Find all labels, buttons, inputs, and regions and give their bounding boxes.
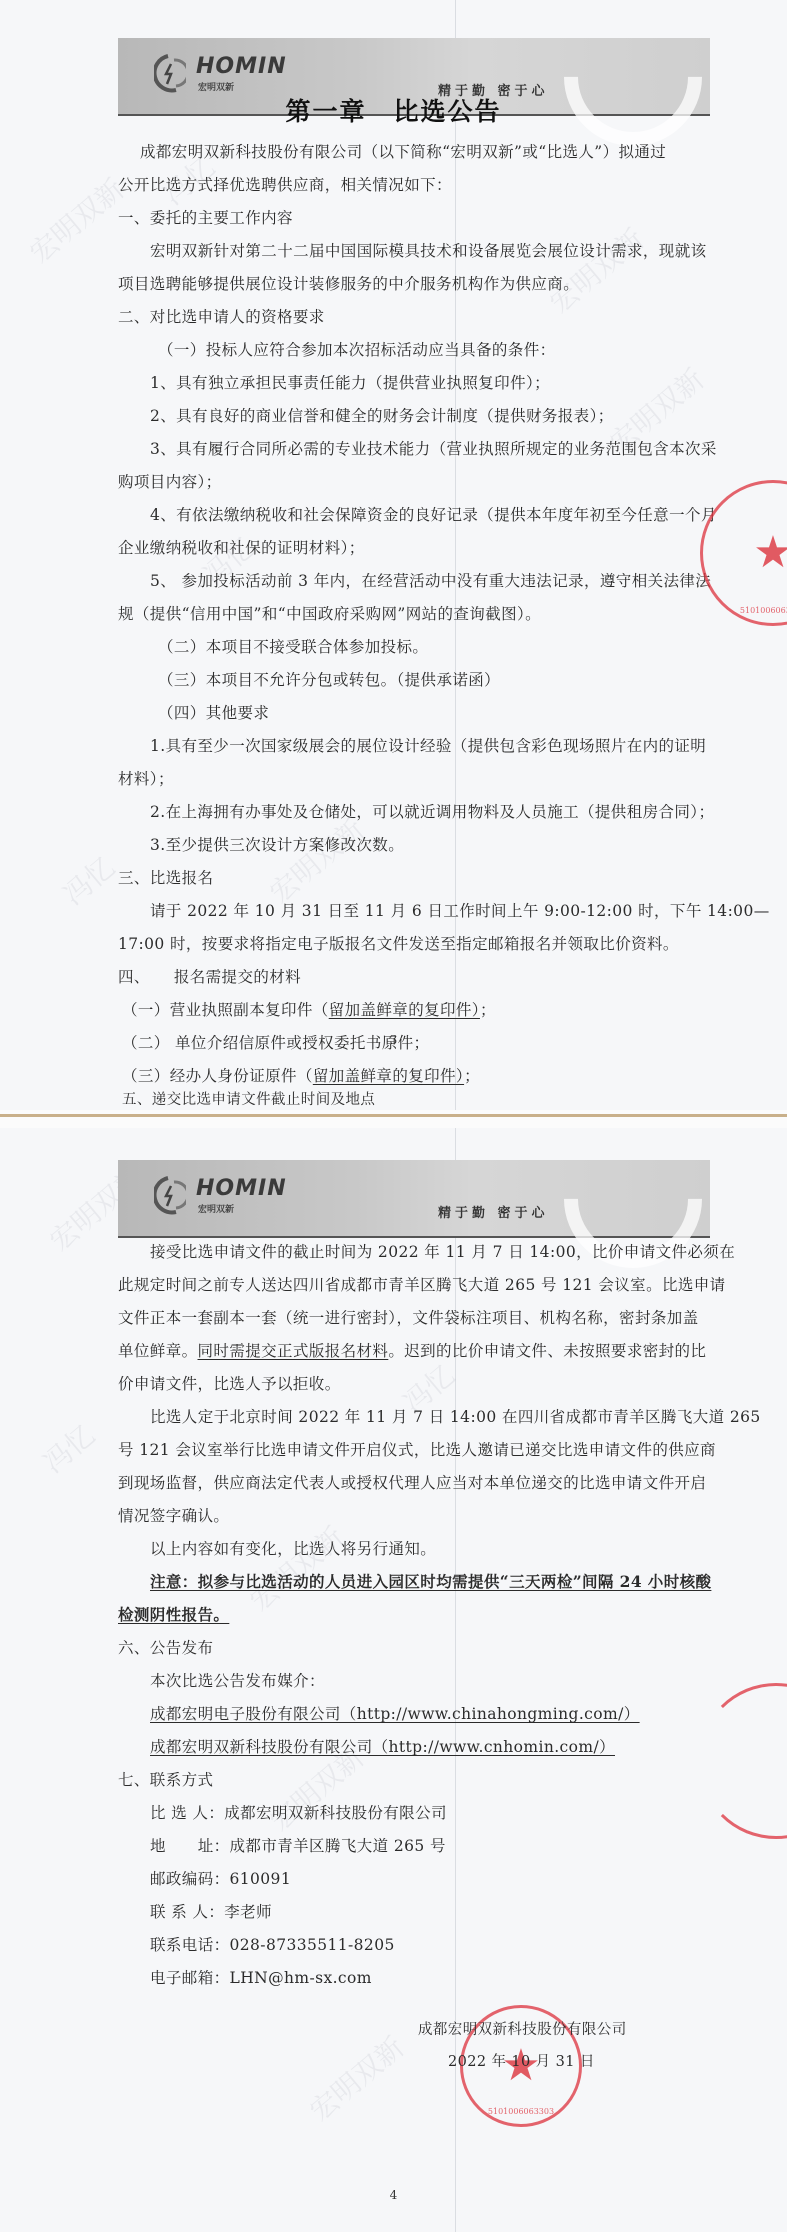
seal-number: 5101006063303	[463, 2107, 579, 2116]
list-item: 3、具有履行合同所必需的专业技术能力（营业执照所规定的业务范围包含本次采	[150, 437, 717, 459]
watermark: 宏明双新	[300, 2027, 412, 2130]
section-heading: 四、 报名需提交的材料	[118, 965, 301, 987]
paragraph-line: 单位鲜章。同时需提交正式版报名材料。迟到的比价申请文件、未按照要求密封的比	[118, 1339, 706, 1361]
section-heading: 一、委托的主要工作内容	[118, 206, 293, 228]
signature-company: 成都宏明双新科技股份有限公司	[418, 2018, 627, 2039]
contact-value: 610091	[230, 1870, 292, 1888]
page-number: 3	[0, 1033, 787, 1047]
contact-value: 李老师	[224, 1903, 272, 1921]
contact-label: 比 选 人：	[150, 1804, 224, 1822]
text: 单位鲜章。	[118, 1342, 198, 1360]
list-item: 2.在上海拥有办事处及仓储处，可以就近调用物料及人员施工（提供租房合同）；	[150, 800, 714, 822]
company-seal: ★ 5101006063303	[700, 480, 787, 626]
star-icon: ★	[753, 531, 787, 575]
contact-value: 成都市青羊区腾飞大道 265 号	[230, 1837, 446, 1855]
notice-line: 注意：拟参与比选活动的人员进入园区时均需提供“三天两检”间隔 24 小时核酸	[150, 1570, 711, 1592]
paragraph-line: 宏明双新针对第二十二届中国国际模具技术和设备展览会展位设计需求，现就该	[150, 239, 707, 261]
paragraph-line: 价申请文件，比选人予以拒收。	[118, 1372, 341, 1394]
paragraph-line: 比选人定于北京时间 2022 年 11 月 7 日 14:00 在四川省成都市青…	[150, 1405, 761, 1427]
watermark: 宏明双新	[240, 1517, 352, 1620]
material-item: （一）营业执照副本复印件（留加盖鲜章的复印件）；	[122, 998, 496, 1020]
paragraph-line: 请于 2022 年 10 月 31 日至 11 月 6 日工作时间上午 9:00…	[150, 899, 770, 921]
page-separator	[0, 1110, 787, 1128]
section-heading: 三、比选报名	[118, 866, 213, 888]
watermark: 冯忆	[54, 847, 123, 914]
contact-label: 联 系 人：	[150, 1903, 224, 1921]
homin-logo-icon	[154, 52, 186, 94]
paragraph-line: 文件正本一套副本一套（统一进行密封），文件袋标注项目、机构名称，密封条加盖	[118, 1306, 699, 1328]
paragraph-line: 17:00 时，按要求将指定电子版报名文件发送至指定邮箱报名并领取比价资料。	[118, 932, 679, 954]
paragraph-line: 公开比选方式择优选聘供应商，相关情况如下：	[118, 173, 452, 195]
paragraph-line: 接受比选申请文件的截止时间为 2022 年 11 月 7 日 14:00，比价申…	[150, 1240, 735, 1262]
contact-row: 联系电话：028-87335511-8205	[150, 1933, 395, 1955]
material-item: （三）经办人身份证原件（留加盖鲜章的复印件）；	[122, 1064, 480, 1086]
paragraph-line: 情况签字确认。	[118, 1504, 229, 1526]
contact-row: 电子邮箱：LHN@hm-sx.com	[150, 1966, 372, 1988]
homin-logo-icon	[154, 1174, 186, 1216]
material-suffix: ；	[464, 1067, 480, 1085]
list-item: 5、 参加投标活动前 3 年内，在经营活动中没有重大违法记录，遵守相关法律法	[150, 569, 711, 591]
list-item-cont: 材料）；	[118, 767, 174, 789]
contact-label: 电子邮箱：	[150, 1969, 230, 1987]
contact-value: 028-87335511-8205	[230, 1936, 395, 1954]
document-page-4: 宏明双新 宏明双新 冯忆 宏明双新 宏明双新 冯忆 HOMIN 宏明双新 精于勤…	[0, 1128, 787, 2232]
list-item-cont: 规（提供“信用中国”和“中国政府采购网”网站的查询截图）。	[118, 602, 541, 624]
list-item-cont: 企业缴纳税收和社保的证明材料）；	[118, 536, 365, 558]
letterhead: HOMIN 宏明双新 精于勤 密于心	[118, 1160, 710, 1238]
paragraph-line: 成都宏明双新科技股份有限公司（以下简称“宏明双新”或“比选人”）拟通过	[140, 140, 666, 162]
paragraph-line: 到现场监督，供应商法定代表人或授权代理人应当对本单位递交的比选申请文件开启	[118, 1471, 706, 1493]
contact-row: 邮政编码：610091	[150, 1867, 291, 1889]
section-heading: 七、联系方式	[118, 1768, 213, 1790]
paragraph-line: 本次比选公告发布媒介：	[150, 1669, 325, 1691]
logo-text: HOMIN	[196, 1176, 287, 1201]
page-title: 第一章 比选公告	[0, 92, 787, 128]
list-item: 4、有依法缴纳税收和社会保障资金的良好记录（提供本年度年初至今任意一个月	[150, 503, 717, 525]
material-note: 留加盖鲜章的复印件）	[329, 1001, 480, 1019]
contact-row: 联 系 人：李老师	[150, 1900, 272, 1922]
paragraph-line: 项目选聘能够提供展位设计装修服务的中介服务机构作为供应商。	[118, 272, 579, 294]
page-number: 4	[0, 2188, 787, 2202]
signature-date: 2022 年 10 月 31 日	[448, 2050, 595, 2071]
paragraph-line: 号 121 会议室举行比选申请文件开启仪式，比选人邀请已递交比选申请文件的供应商	[118, 1438, 716, 1460]
list-item: 3.至少提供三次设计方案修改次数。	[150, 833, 404, 855]
material-text: （一）营业执照副本复印件（	[122, 1001, 329, 1019]
watermark: 宏明双新	[540, 219, 652, 322]
watermark: 宏明双新	[20, 169, 132, 272]
list-item-cont: 购项目内容）；	[118, 470, 222, 492]
material-note: 留加盖鲜章的复印件）	[313, 1067, 464, 1085]
notice-line: 检测阴性报告。	[118, 1603, 229, 1625]
logo-text: HOMIN	[196, 54, 287, 79]
list-item: 2、具有良好的商业信誉和健全的财务会计制度（提供财务报表）；	[150, 404, 614, 426]
list-item: 1.具有至少一次国家级展会的展位设计经验（提供包含彩色现场照片在内的证明	[150, 734, 706, 756]
paragraph-line: 此规定时间之前专人送达四川省成都市青羊区腾飞大道 265 号 121 会议室。比…	[118, 1273, 726, 1295]
underlined-text: 同时需提交正式版报名材料	[198, 1342, 389, 1360]
decorative-arc	[535, 1128, 730, 1297]
watermark: 宏明双新	[260, 809, 372, 912]
document-page-3: 宏明双新 宏明双新 冯忆 宏明双新 冯忆 冯忆 宏明双新 HOMIN 宏明双新 …	[0, 0, 787, 1110]
contact-row: 地 址：成都市青羊区腾飞大道 265 号	[150, 1834, 446, 1856]
section-heading: 五、递交比选申请文件截止时间及地点	[122, 1088, 375, 1109]
contact-label: 联系电话：	[150, 1936, 230, 1954]
text: 。迟到的比价申请文件、未按照要求密封的比	[388, 1342, 706, 1360]
section-heading: 六、公告发布	[118, 1636, 213, 1658]
media-link[interactable]: 成都宏明双新科技股份有限公司（http://www.cnhomin.com/）	[150, 1735, 615, 1757]
seal-number: 5101006063303	[703, 606, 787, 615]
contact-row: 比 选 人：成都宏明双新科技股份有限公司	[150, 1801, 447, 1823]
contact-label: 地 址：	[150, 1837, 230, 1855]
slogan: 精于勤 密于心	[438, 1202, 549, 1221]
subsection-heading: （二）本项目不接受联合体参加投标。	[158, 635, 428, 657]
company-seal-partial	[698, 1683, 787, 1839]
material-text: （三）经办人身份证原件（	[122, 1067, 313, 1085]
watermark: 冯忆	[34, 1415, 103, 1482]
subsection-heading: （四）其他要求	[158, 701, 269, 723]
contact-value: 成都宏明双新科技股份有限公司	[224, 1804, 447, 1822]
paragraph-line: 以上内容如有变化，比选人将另行通知。	[150, 1537, 436, 1559]
contact-label: 邮政编码：	[150, 1870, 230, 1888]
material-suffix: ；	[480, 1001, 496, 1019]
subsection-heading: （三）本项目不允许分包或转包。（提供承诺函）	[158, 668, 500, 690]
logo-subtext: 宏明双新	[198, 1202, 234, 1215]
list-item: 1、具有独立承担民事责任能力（提供营业执照复印件）；	[150, 371, 550, 393]
contact-value[interactable]: LHN@hm-sx.com	[230, 1969, 372, 1987]
media-link[interactable]: 成都宏明电子股份有限公司（http://www.chinahongming.co…	[150, 1702, 640, 1724]
subsection-heading: （一）投标人应符合参加本次招标活动应当具备的条件：	[158, 338, 556, 360]
section-heading: 二、对比选申请人的资格要求	[118, 305, 325, 327]
